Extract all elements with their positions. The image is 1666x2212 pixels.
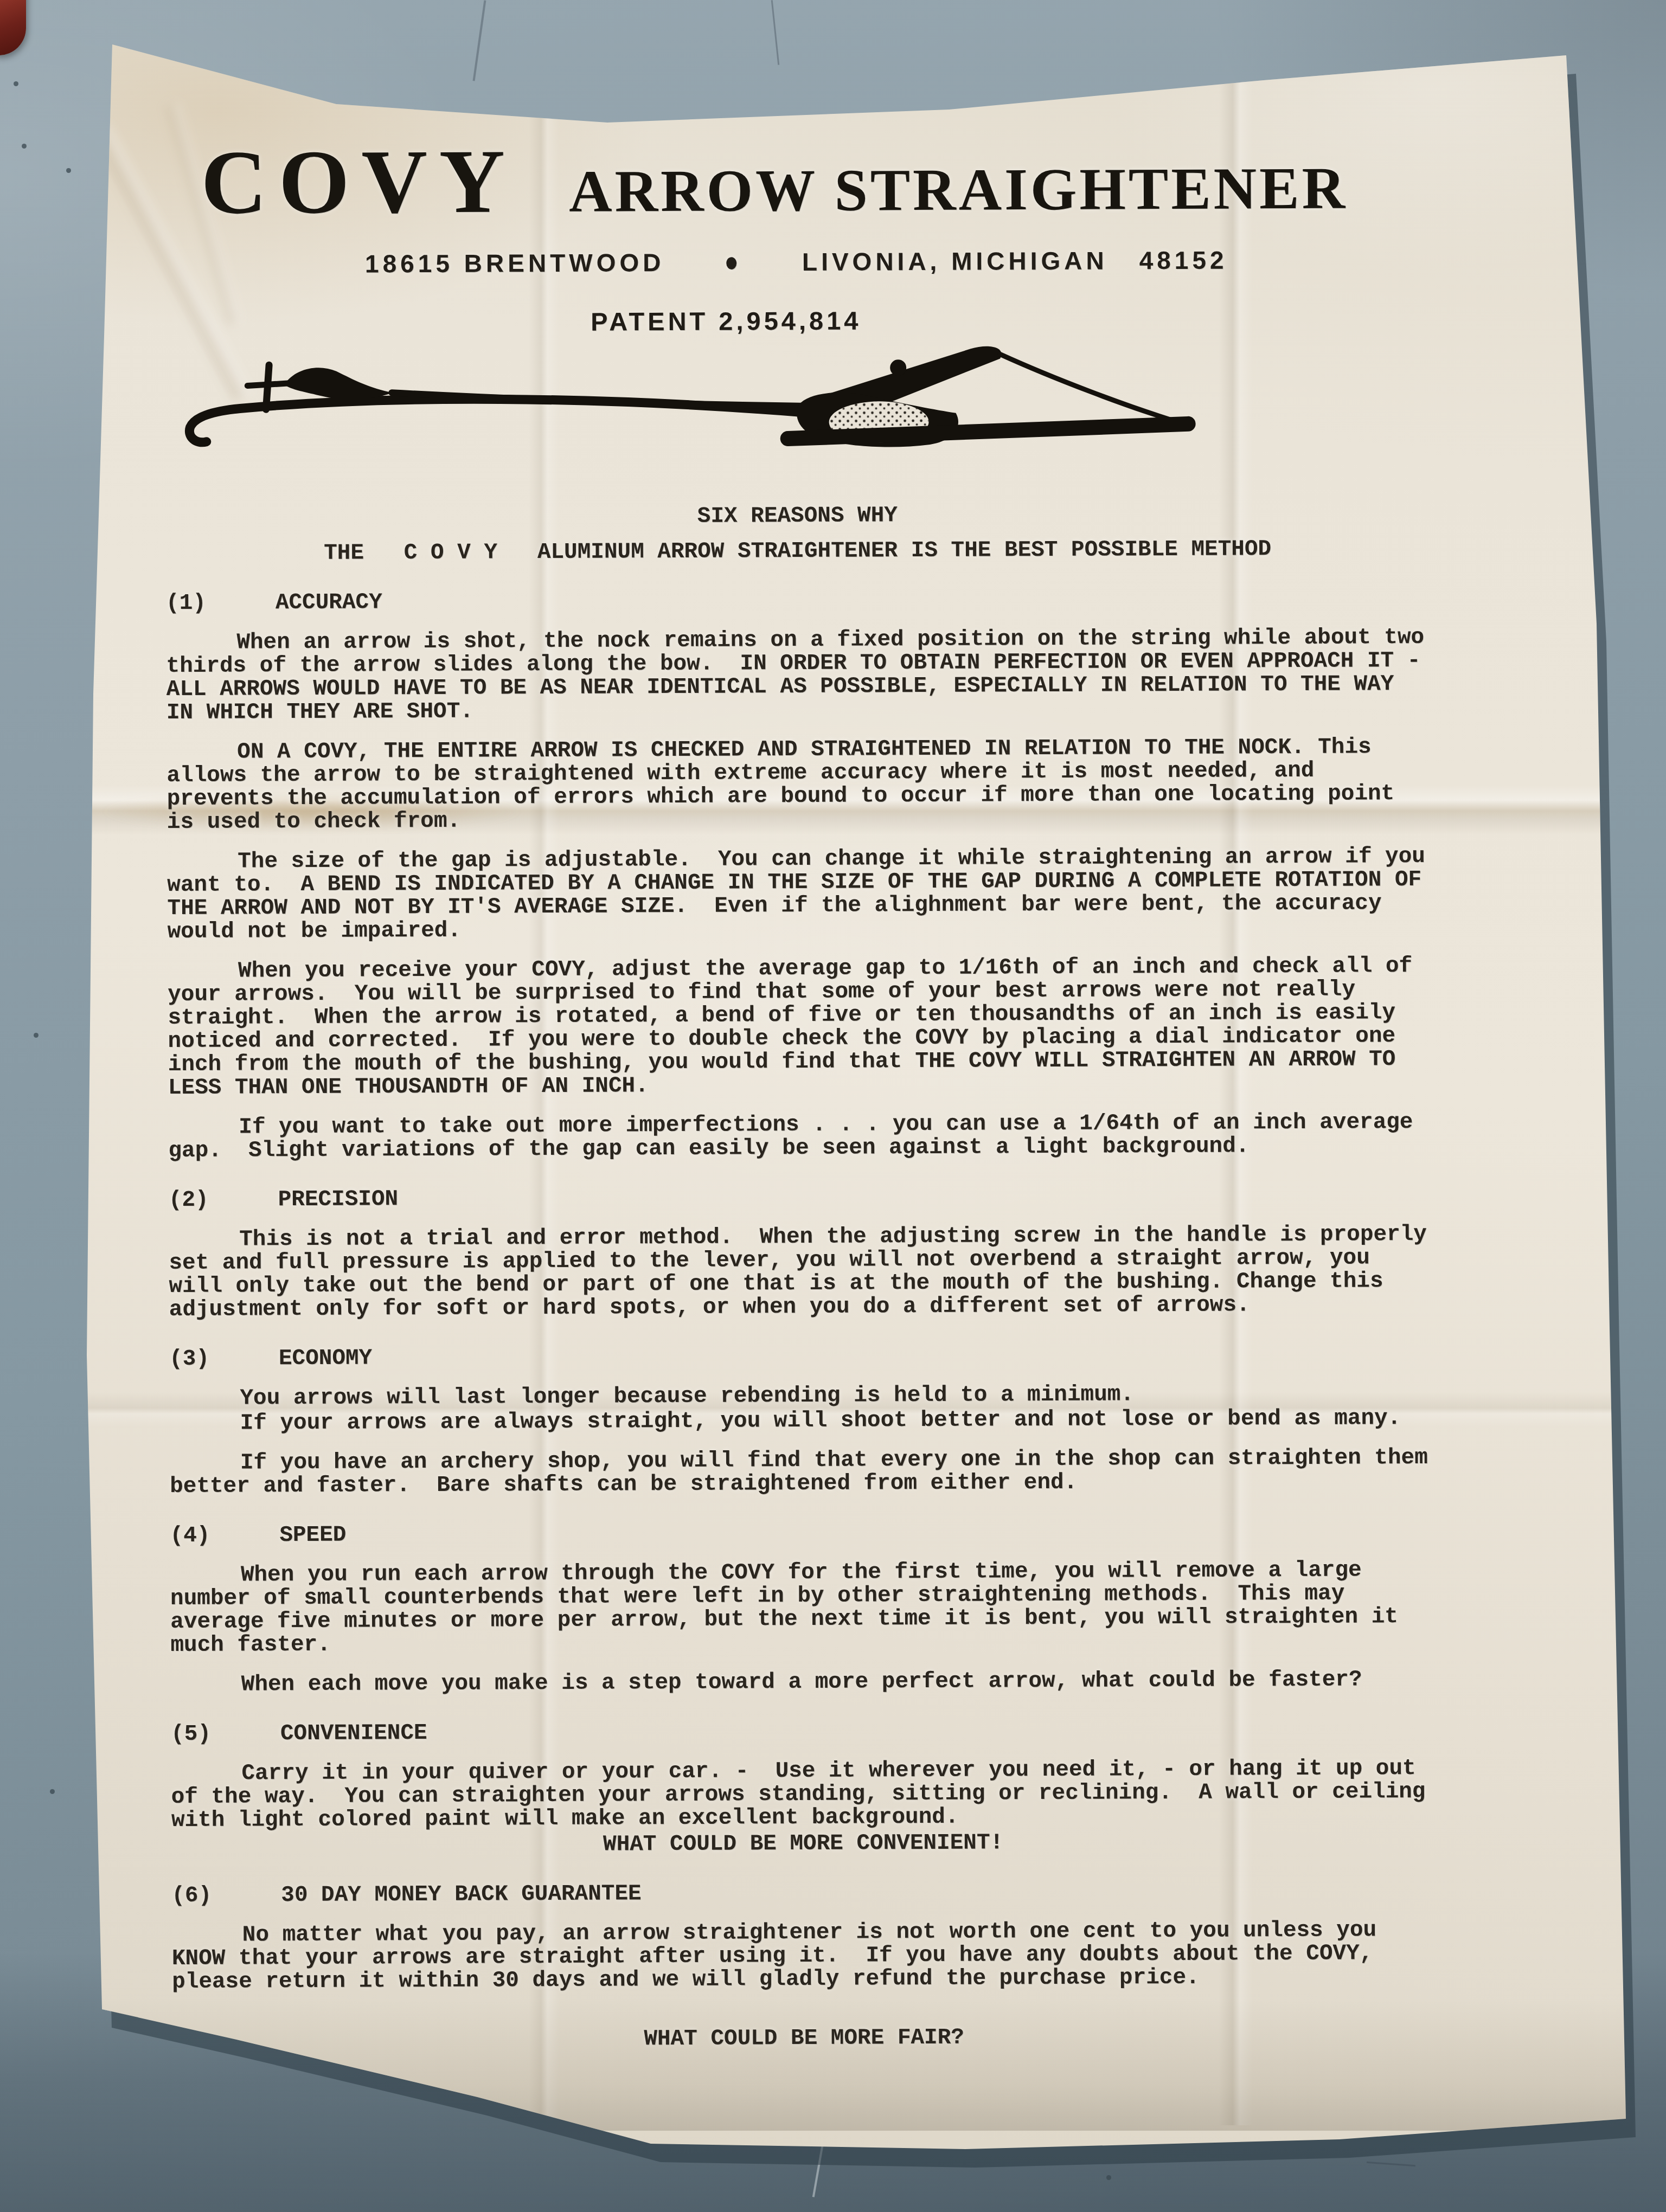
section-money-back-guarantee: (6)30 DAY MONEY BACK GUARANTEENo matter … — [171, 1879, 1436, 1994]
table-speck — [50, 1789, 55, 1794]
paragraph: ON A COVY, THE ENTIRE ARROW IS CHECKED A… — [166, 736, 1431, 834]
red-corner-object — [0, 0, 26, 55]
address-street: 18615 BRENTWOOD — [365, 248, 665, 278]
section-number: (6) — [171, 1883, 212, 1908]
paragraph: Carry it in your quiver or your car. - U… — [171, 1757, 1435, 1832]
table-speck — [22, 144, 27, 149]
paragraph: When you receive your COVY, adjust the a… — [168, 955, 1432, 1100]
document-title: SIX REASONS WHY — [165, 502, 1429, 531]
closing-line: WHAT COULD BE MORE FAIR? — [172, 2023, 1436, 2054]
address-line: 18615 BRENTWOOD ● LIVONIA, MICHIGAN 4815… — [164, 245, 1428, 279]
section-economy: (3)ECONOMYYou arrows will last longer be… — [169, 1342, 1433, 1499]
table-speck — [34, 1033, 39, 1038]
document-subtitle: THE C O V Y ALUMINUM ARROW STRAIGHTENER … — [166, 537, 1430, 566]
patent-number: PATENT 2,954,814 — [94, 303, 1358, 338]
section-heading: (2)PRECISION — [169, 1184, 1432, 1212]
table-speck — [1106, 2175, 1111, 2180]
paragraph: The size of the gap is adjustable. You c… — [167, 845, 1431, 944]
section-convenience: (5)CONVENIENCECarry it in your quiver or… — [171, 1718, 1435, 1859]
section-heading: (4)SPEED — [170, 1519, 1433, 1548]
sections-list: (1)ACCURACYWhen an arrow is shot, the no… — [166, 587, 1436, 1994]
address-zip: 48152 — [1139, 246, 1228, 275]
table-scratch — [771, 0, 780, 65]
section-heading: (3)ECONOMY — [169, 1342, 1433, 1371]
brand-title: COVY — [201, 136, 517, 228]
paragraph: If you want to take out more imperfectio… — [168, 1111, 1432, 1163]
section-title: ECONOMY — [279, 1346, 372, 1371]
letterhead: COVY ARROW STRAIGHTENER — [142, 132, 1406, 228]
table-surface: COVY ARROW STRAIGHTENER 18615 BRENTWOOD … — [0, 0, 1666, 2212]
arrow-straightener-illustration — [154, 336, 1228, 477]
product-title: ARROW STRAIGHTENER — [569, 158, 1348, 221]
paper-document: COVY ARROW STRAIGHTENER 18615 BRENTWOOD … — [0, 0, 1666, 2212]
section-title: SPEED — [279, 1523, 346, 1548]
paragraph: When each move you make is a step toward… — [171, 1668, 1434, 1697]
section-number: (5) — [171, 1722, 211, 1747]
paragraph: When you run each arrow through the COVY… — [170, 1559, 1434, 1657]
paragraph: WHAT COULD BE MORE CONVENIENT! — [171, 1830, 1435, 1859]
section-number: (3) — [169, 1347, 209, 1372]
section-accuracy: (1)ACCURACYWhen an arrow is shot, the no… — [166, 587, 1432, 1163]
section-title: 30 DAY MONEY BACK GUARANTEE — [281, 1881, 642, 1908]
paragraph: No matter what you pay, an arrow straigh… — [172, 1919, 1436, 1994]
table-speck — [14, 81, 18, 86]
section-title: PRECISION — [278, 1187, 399, 1212]
table-speck — [66, 168, 71, 173]
section-speed: (4)SPEEDWhen you run each arrow through … — [170, 1519, 1434, 1697]
section-title: ACCURACY — [275, 590, 382, 615]
section-title: CONVENIENCE — [280, 1721, 427, 1746]
paragraph: If you have an archery shop, you will fi… — [170, 1446, 1433, 1499]
document-content: COVY ARROW STRAIGHTENER 18615 BRENTWOOD … — [164, 132, 1436, 2054]
section-number: (2) — [169, 1188, 209, 1213]
section-precision: (2)PRECISIONThis is not a trial and erro… — [169, 1184, 1433, 1322]
section-heading: (5)CONVENIENCE — [171, 1718, 1434, 1746]
section-heading: (1)ACCURACY — [166, 587, 1430, 615]
address-city: LIVONIA, MICHIGAN — [802, 246, 1108, 276]
paragraph: If your arrows are always straight, you … — [170, 1407, 1433, 1436]
paragraph: When an arrow is shot, the nock remains … — [166, 626, 1430, 725]
paragraph: This is not a trial and error method. Wh… — [169, 1223, 1433, 1322]
section-number: (1) — [166, 591, 206, 616]
table-scratch — [473, 0, 486, 81]
bullet-dot-icon: ● — [724, 246, 742, 278]
section-heading: (6)30 DAY MONEY BACK GUARANTEE — [171, 1879, 1435, 1908]
section-number: (4) — [170, 1523, 210, 1548]
